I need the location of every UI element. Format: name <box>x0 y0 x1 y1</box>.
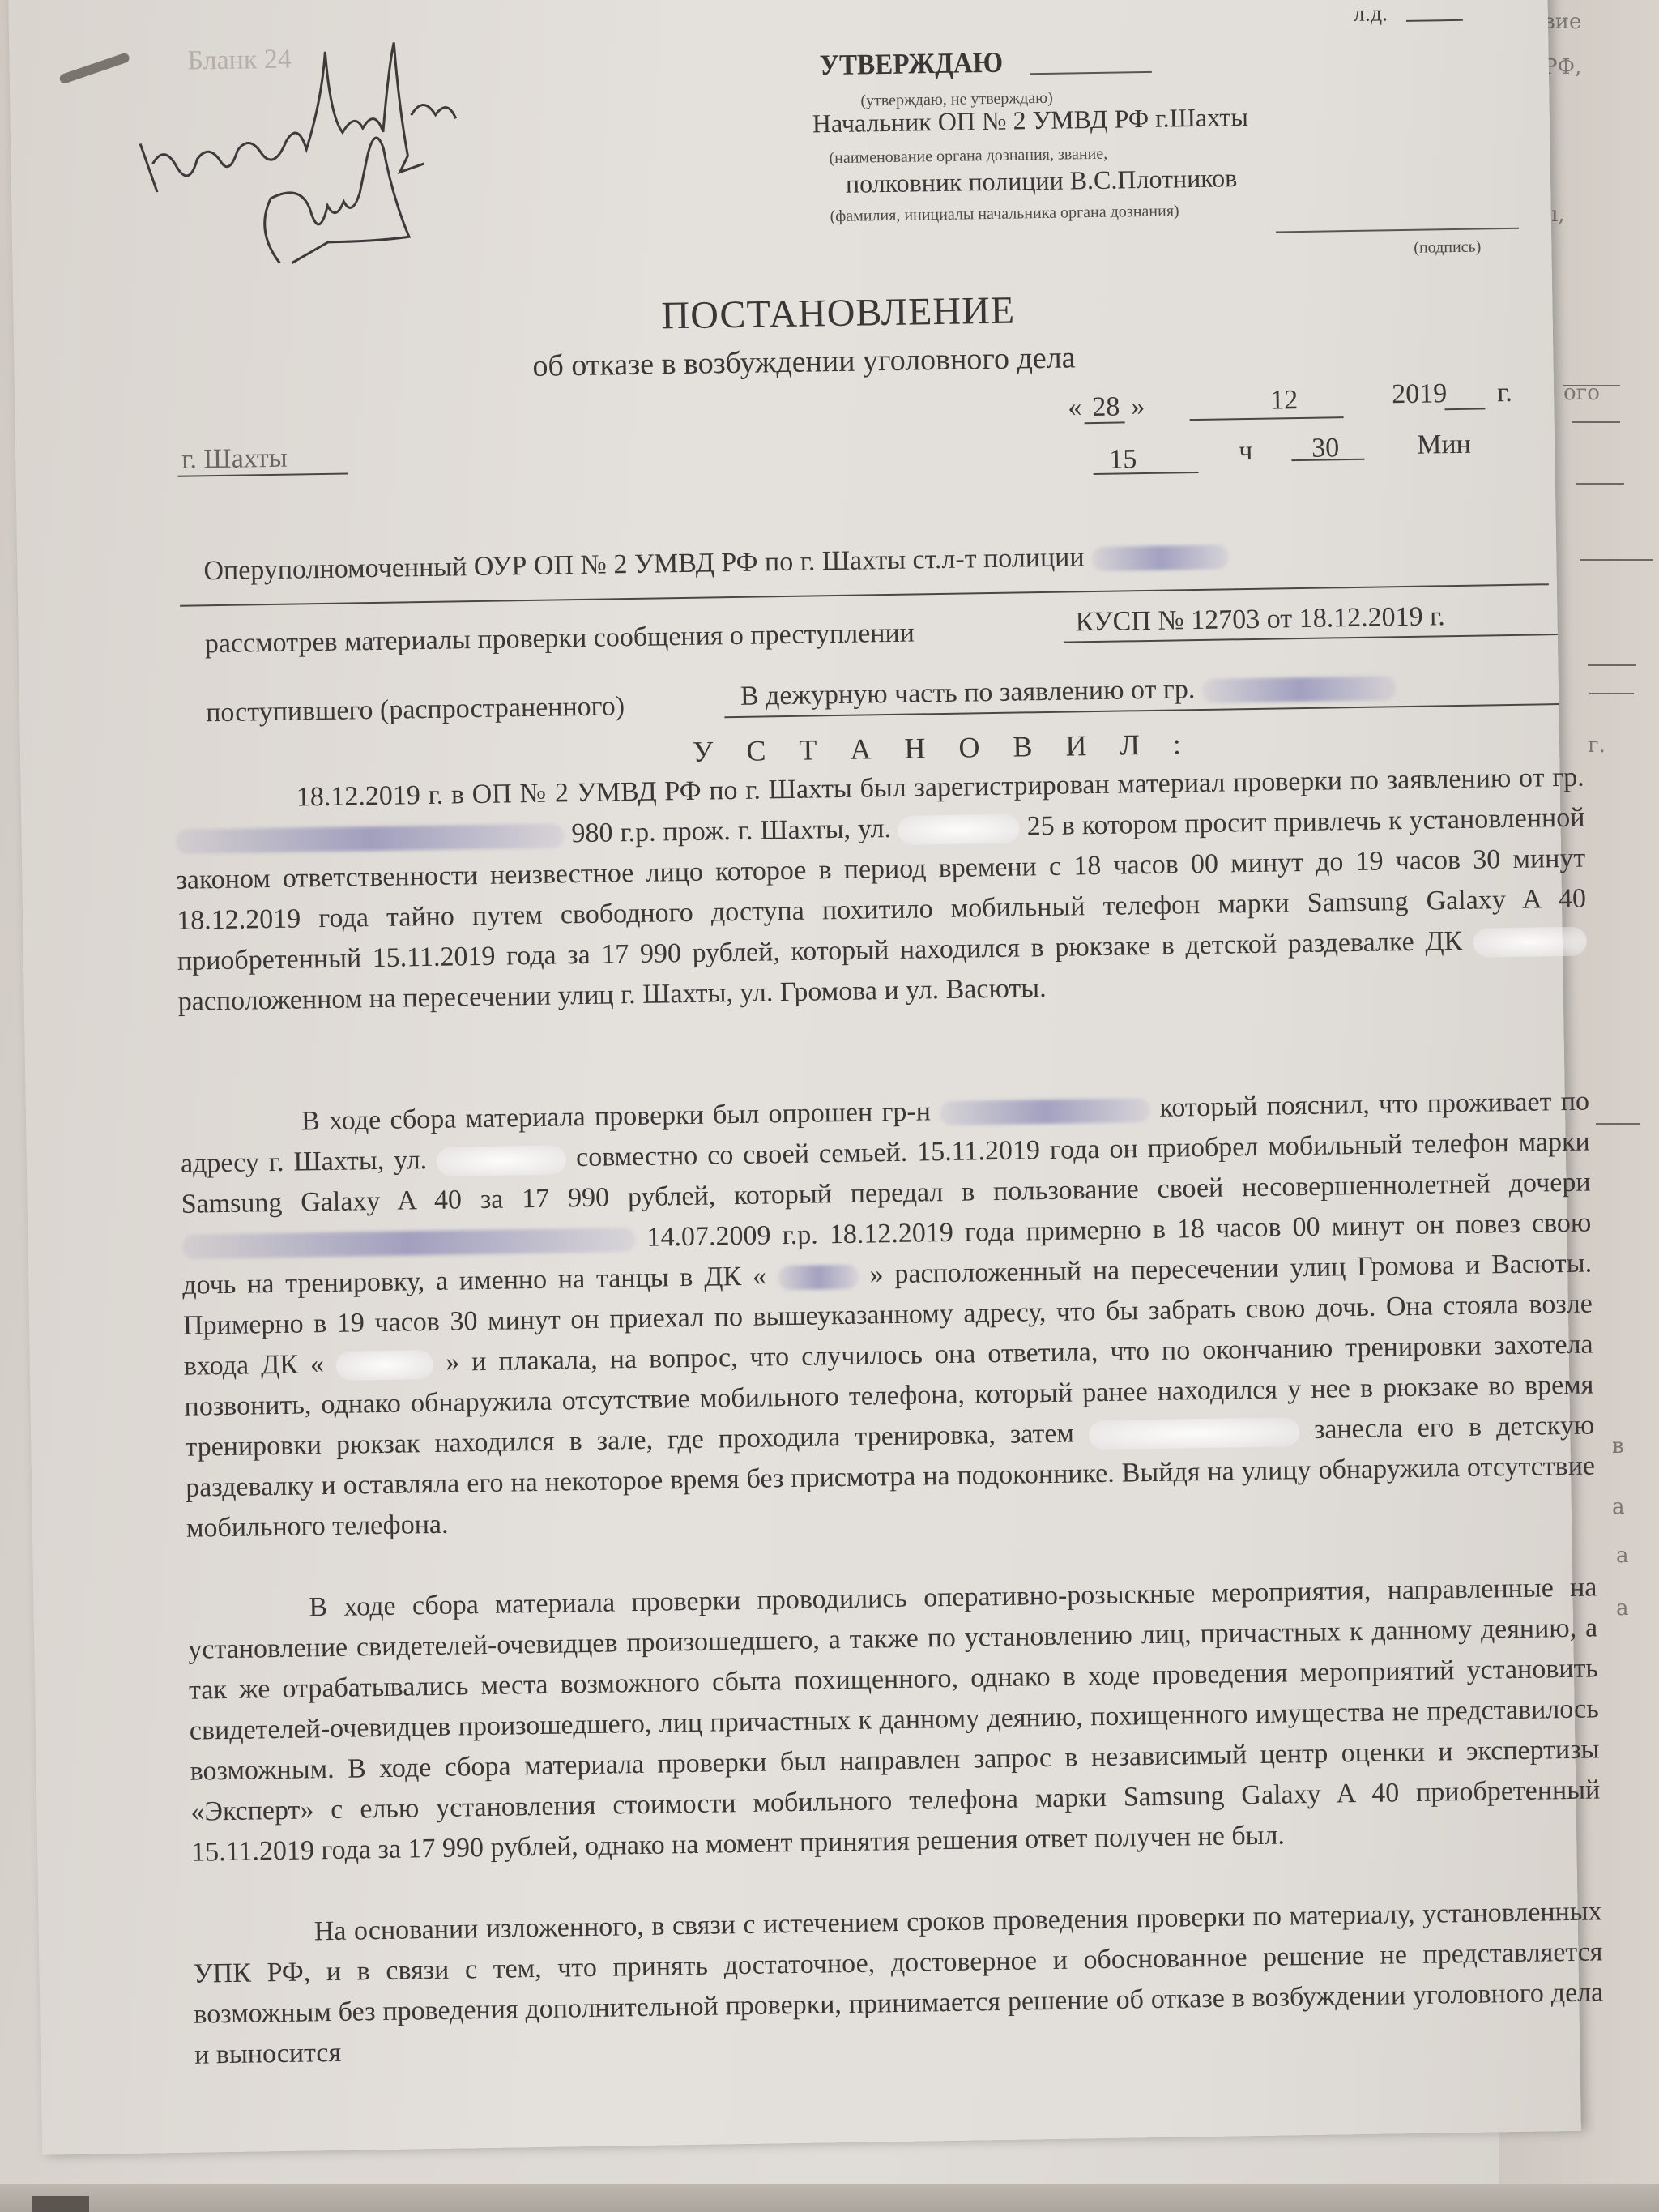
paragraph-4: На основании изложенного, в связи с исте… <box>192 1891 1604 2075</box>
approve-line[interactable] <box>1030 71 1152 75</box>
underlying-text: РФ, <box>1543 55 1581 79</box>
approver-position: Начальник ОП № 2 УМВД РФ г.Шахты <box>812 102 1249 139</box>
approve-label: УТВЕРЖДАЮ <box>819 45 1003 83</box>
name-hint: (фамилия, инициалы начальника органа доз… <box>829 202 1179 226</box>
city: г. Шахты <box>181 443 288 476</box>
redacted-dk-name <box>778 1265 859 1291</box>
redacted-daughter-name <box>181 1228 635 1259</box>
ld-label: л.д. <box>1354 1 1388 28</box>
approver-name: полковник полиции В.С.Плотников <box>846 163 1238 199</box>
redacted-dk-name <box>336 1350 434 1381</box>
pencil-mark <box>58 52 130 85</box>
redacted-witness-name <box>940 1098 1150 1125</box>
hours-label: ч <box>1239 436 1253 467</box>
redacted-applicant-name <box>1202 676 1397 703</box>
redacted-name-dob <box>175 824 564 855</box>
paragraph-1: 18.12.2019 г. в ОП № 2 УМВД РФ по г. Шах… <box>174 758 1587 1023</box>
date-year: 2019 <box>1392 378 1448 410</box>
underlying-text: в <box>1612 1434 1624 1458</box>
date-day-open: « <box>1068 392 1082 423</box>
document-page: Бланк 24 копия верна л.д. УТВЕРЖДАЮ (утв… <box>8 0 1581 2155</box>
underlying-text: ı, <box>1551 203 1565 227</box>
underlying-text: а <box>1612 1495 1625 1519</box>
date-day: 28 <box>1092 392 1120 424</box>
received-value: В дежурную часть по заявлению от гр. <box>740 671 1397 712</box>
position-hint: (наименование органа дознания, звание, <box>829 145 1107 168</box>
underlying-text: а <box>1616 1596 1629 1621</box>
signature-hint: (подпись) <box>1414 237 1481 257</box>
date-month: 12 <box>1270 385 1299 416</box>
section-heading: У С Т А Н О В И Л : <box>693 727 1195 769</box>
received-label: поступившего (распространенного) <box>206 691 625 728</box>
document-title: ПОСТАНОВЛЕНИЕ <box>661 288 1015 339</box>
reviewed-value: КУСП № 12703 от 18.12.2019 г. <box>1075 601 1445 638</box>
redacted-daughter-name <box>1089 1417 1300 1450</box>
background-object <box>32 2196 89 2212</box>
reviewed-label: рассмотрев материалы проверки сообщения … <box>205 618 915 660</box>
redacted-dk-name <box>1473 927 1588 958</box>
redacted-address <box>437 1146 567 1177</box>
year-suffix: г. <box>1497 378 1512 408</box>
underlying-text: г. <box>1588 733 1606 758</box>
signature-line[interactable] <box>1276 228 1519 233</box>
redacted-officer-name <box>1091 545 1229 572</box>
table-surface <box>0 2184 1659 2212</box>
redacted-street <box>898 814 1021 845</box>
paragraph-2: В ходе сбора материала проверки был опро… <box>180 1082 1596 1549</box>
underlying-text: а <box>1616 1544 1629 1568</box>
officer-field: Оперуполномоченный ОУР ОП № 2 УМВД РФ по… <box>203 540 1229 587</box>
handwritten-certification-signature: копия верна <box>130 15 621 273</box>
paragraph-3: В ходе сбора материала проверки проводил… <box>187 1567 1601 1873</box>
date-day-close: » <box>1131 391 1145 422</box>
underlying-text: вие <box>1543 10 1581 34</box>
time-hours: 15 <box>1109 444 1137 476</box>
document-subtitle: об отказе в возбуждении уголовного дела <box>532 339 1076 384</box>
minutes-label: Мин <box>1417 429 1471 461</box>
ld-line <box>1406 19 1463 22</box>
